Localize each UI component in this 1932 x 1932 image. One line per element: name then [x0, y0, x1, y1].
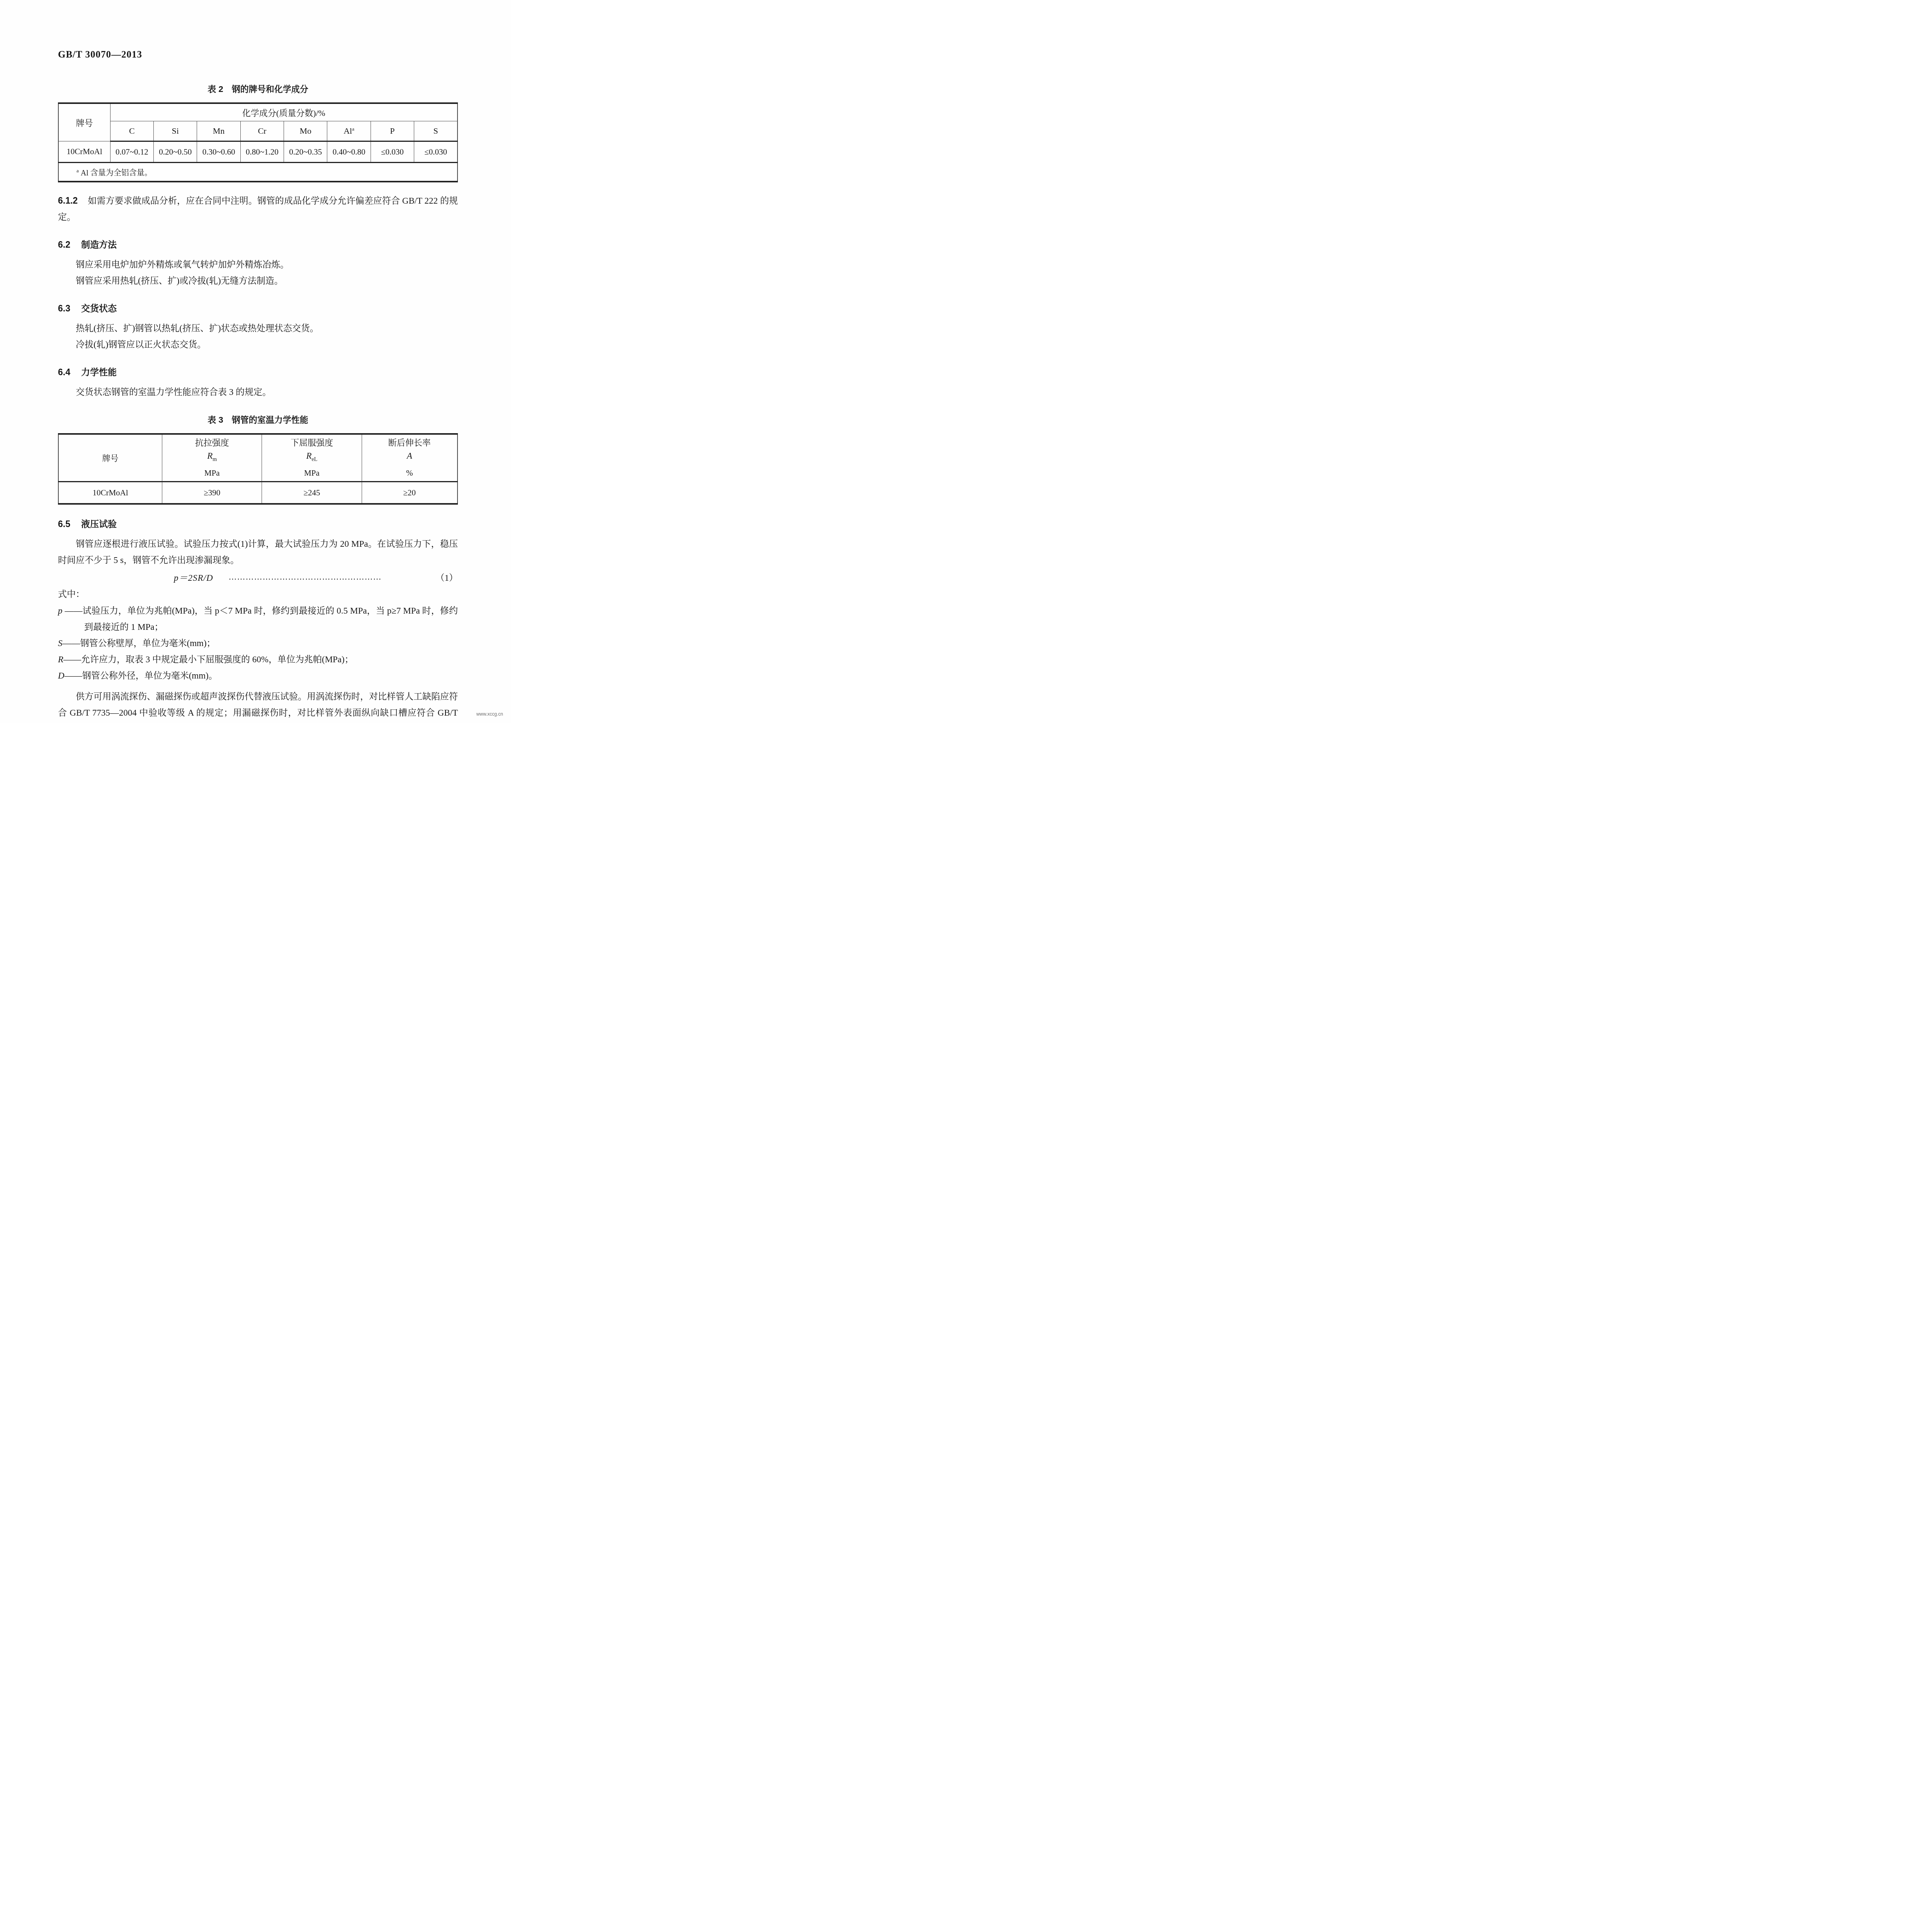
- heading-6-3-number: 6.3: [58, 303, 70, 313]
- clause-6-5-paragraph: 钢管应逐根进行液压试验。试验压力按式(1)计算，最大试验压力为 20 MPa。在…: [58, 536, 458, 568]
- table3-header-tensile-name: 抗拉强度: [164, 436, 260, 449]
- heading-6-2-number: 6.2: [58, 240, 70, 250]
- definition-r: R——允许应力，取表 3 中规定最小下屈服强度的 60%，单位为兆帕(MPa)；: [58, 651, 458, 668]
- table2-header-cr: Cr: [240, 121, 284, 141]
- table-row: 10CrMoAl 0.07~0.12 0.20~0.50 0.30~0.60 0…: [58, 141, 457, 163]
- clause-6-1-2: 6.1.2如需方要求做成品分析，应在合同中注明。钢管的成品化学成分允许偏差应符合…: [58, 192, 458, 225]
- table2-header-si: Si: [154, 121, 197, 141]
- table2-header-al-base: Al: [344, 126, 352, 136]
- table3-header-grade: 牌号: [58, 434, 162, 482]
- table2-cell-s: ≤0.030: [414, 141, 457, 163]
- table2-header-al-sup: a: [352, 126, 354, 132]
- definition-p-text: 试验压力，单位为兆帕(MPa)，当 p＜7 MPa 时，修约到最接近的 0.5 …: [82, 606, 458, 632]
- table2-title: 表 2 钢的牌号和化学成分: [58, 83, 458, 95]
- table3-header-tensile-unit: MPa: [164, 466, 260, 480]
- table3-header-elongation: 断后伸长率 A %: [362, 434, 457, 482]
- heading-6-2-title: 制造方法: [81, 240, 117, 250]
- heading-6-3: 6.3交货状态: [58, 301, 458, 314]
- watermark: www.xccg.cn: [476, 711, 503, 717]
- table2-footnote-sup: a: [77, 168, 79, 173]
- table3-header-elongation-name: 断后伸长率: [364, 436, 456, 449]
- page-content: GB/T 30070—2013 表 2 钢的牌号和化学成分 牌号 化学成分(质量…: [58, 49, 458, 723]
- definition-r-text: 允许应力，取表 3 中规定最小下屈服强度的 60%，单位为兆帕(MPa)；: [81, 655, 354, 664]
- table2-header-al: Ala: [327, 121, 371, 141]
- definition-d-symbol: D: [58, 671, 65, 680]
- table2-header-mo: Mo: [284, 121, 327, 141]
- clause-6-2-line2: 钢管应采用热轧(挤压、扩)或冷拔(轧)无缝方法制造。: [58, 273, 458, 289]
- definition-r-symbol: R: [58, 655, 63, 664]
- table3-header-tensile-symbol: Rm: [164, 449, 260, 466]
- table3-header-yield-symbol: ReL: [264, 449, 360, 466]
- table3-cell-yield: ≥245: [262, 482, 362, 504]
- definition-d-text: 钢管公称外径，单位为毫米(mm)。: [82, 671, 218, 680]
- table3-tensile-symbol-base: R: [207, 451, 213, 461]
- table2-footnote-text: Al 含量为全铝含量。: [81, 169, 152, 177]
- table3-header-elongation-unit: %: [364, 466, 456, 480]
- table3-cell-tensile: ≥390: [162, 482, 262, 504]
- table3-cell-grade: 10CrMoAl: [58, 482, 162, 504]
- table3-header-tensile: 抗拉强度 Rm MPa: [162, 434, 262, 482]
- table2-header-grade: 牌号: [58, 103, 110, 141]
- table2-header-c: C: [110, 121, 153, 141]
- heading-6-2: 6.2制造方法: [58, 238, 458, 250]
- table3-cell-elongation: ≥20: [362, 482, 457, 504]
- table2-cell-c: 0.07~0.12: [110, 141, 153, 163]
- heading-6-4-title: 力学性能: [81, 367, 117, 377]
- definition-s-dash: ——: [63, 638, 80, 648]
- table3-yield-symbol-sub: eL: [312, 457, 318, 463]
- heading-6-4-number: 6.4: [58, 367, 70, 377]
- definition-p: p ——试验压力，单位为兆帕(MPa)，当 p＜7 MPa 时，修约到最接近的 …: [58, 603, 458, 635]
- table3-elongation-symbol-base: A: [407, 451, 412, 461]
- table2-cell-al: 0.40~0.80: [327, 141, 371, 163]
- table2-footnote: a Al 含量为全铝含量。: [58, 163, 457, 182]
- table3-yield-symbol-base: R: [306, 451, 312, 461]
- definition-s-symbol: S: [58, 638, 63, 648]
- heading-6-5: 6.5液压试验: [58, 517, 458, 530]
- table2-cell-mo: 0.20~0.35: [284, 141, 327, 163]
- definition-s-text: 钢管公称壁厚，单位为毫米(mm)；: [80, 638, 216, 648]
- document-page: GB/T 30070—2013 表 2 钢的牌号和化学成分 牌号 化学成分(质量…: [0, 0, 511, 723]
- table-row: 10CrMoAl ≥390 ≥245 ≥20: [58, 482, 457, 504]
- formula-expression: p＝2SR/D: [174, 571, 213, 583]
- table3-header-yield-name: 下屈服强度: [264, 436, 360, 449]
- table3-title: 表 3 钢管的室温力学性能: [58, 413, 458, 425]
- formula-dot-leader: ………………………………………………: [229, 572, 434, 582]
- table2-header-group: 化学成分(质量分数)/%: [110, 103, 457, 121]
- table2-cell-si: 0.20~0.50: [154, 141, 197, 163]
- clause-6-4-line1: 交货状态钢管的室温力学性能应符合表 3 的规定。: [58, 384, 458, 400]
- definition-d-dash: ——: [65, 671, 82, 680]
- clause-6-3-line1: 热轧(挤压、扩)钢管以热轧(挤压、扩)状态或热处理状态交货。: [58, 320, 458, 337]
- table2-header-mn: Mn: [197, 121, 240, 141]
- table2-header-s: S: [414, 121, 457, 141]
- heading-6-4: 6.4力学性能: [58, 365, 458, 378]
- definition-d: D——钢管公称外径，单位为毫米(mm)。: [58, 668, 458, 684]
- heading-6-5-title: 液压试验: [81, 519, 117, 529]
- heading-6-5-number: 6.5: [58, 519, 70, 529]
- definition-s: S——钢管公称壁厚，单位为毫米(mm)；: [58, 635, 458, 651]
- table2-chemical-composition: 牌号 化学成分(质量分数)/% C Si Mn Cr Mo Ala P S 10…: [58, 102, 458, 182]
- table3-header-yield: 下屈服强度 ReL MPa: [262, 434, 362, 482]
- final-paragraph: 供方可用涡流探伤、漏磁探伤或超声波探伤代替液压试验。用涡流探伤时，对比样管人工缺…: [58, 689, 458, 723]
- table2-cell-p: ≤0.030: [371, 141, 414, 163]
- clause-6-1-2-text: 如需方要求做成品分析，应在合同中注明。钢管的成品化学成分允许偏差应符合 GB/T…: [58, 196, 458, 222]
- table3-header-yield-unit: MPa: [264, 466, 360, 480]
- definition-p-dash: ——: [65, 606, 82, 616]
- table3-tensile-symbol-sub: m: [213, 457, 217, 463]
- formula-1: p＝2SR/D ……………………………………………… （1）: [58, 571, 458, 583]
- standard-number: GB/T 30070—2013: [58, 49, 458, 60]
- heading-6-3-title: 交货状态: [81, 303, 117, 313]
- clause-6-1-2-number: 6.1.2: [58, 196, 78, 206]
- table3-mechanical-properties: 牌号 抗拉强度 Rm MPa 下屈服强度 ReL MPa 断后伸长率 A %: [58, 433, 458, 505]
- table2-cell-grade: 10CrMoAl: [58, 141, 110, 163]
- table2-cell-mn: 0.30~0.60: [197, 141, 240, 163]
- definition-p-symbol: p: [58, 606, 63, 616]
- table2-cell-cr: 0.80~1.20: [240, 141, 284, 163]
- table3-header-elongation-symbol: A: [364, 449, 456, 466]
- definition-r-dash: ——: [63, 655, 81, 664]
- clause-6-2-line1: 钢应采用电炉加炉外精炼或氧气转炉加炉外精炼冶炼。: [58, 257, 458, 273]
- where-clause-intro: 式中：: [58, 586, 458, 603]
- formula-number: （1）: [436, 571, 458, 583]
- clause-6-3-line2: 冷拔(轧)钢管应以正火状态交货。: [58, 337, 458, 353]
- table2-header-p: P: [371, 121, 414, 141]
